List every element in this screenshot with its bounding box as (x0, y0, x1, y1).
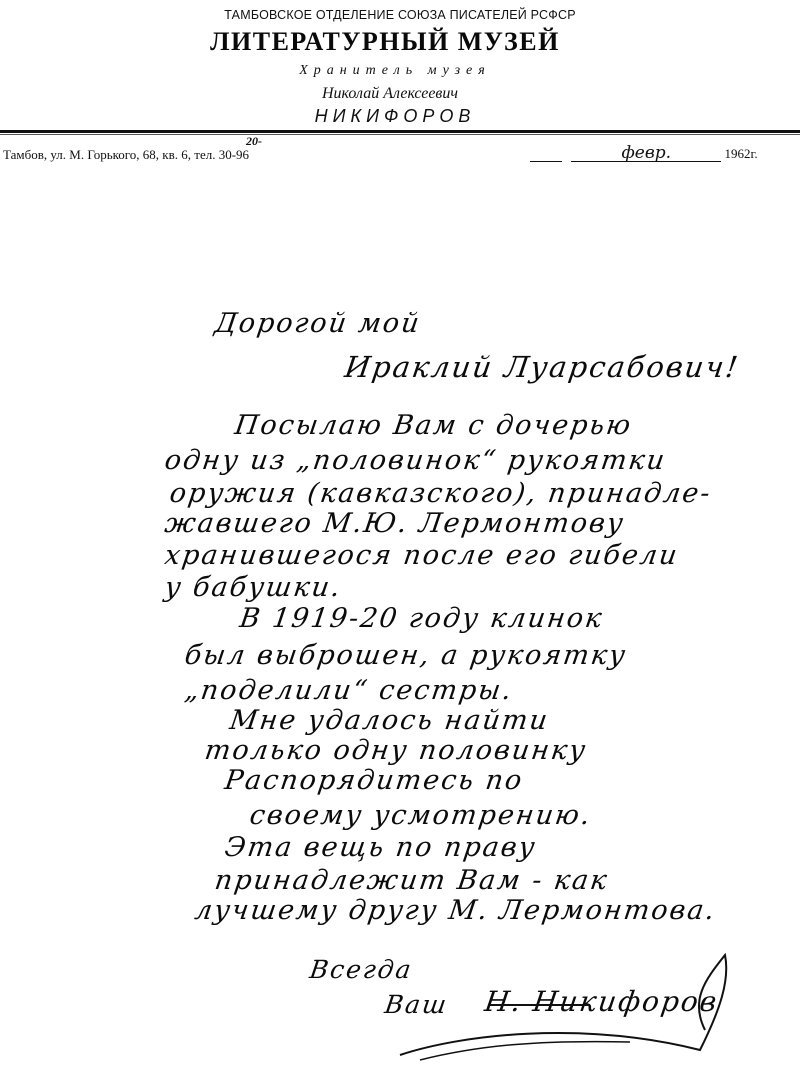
letterhead-divider-thin (0, 134, 800, 135)
date-year: 1962г. (725, 146, 758, 161)
body-line: „поделили“ сестры. (183, 675, 515, 706)
letterhead-divider (0, 130, 800, 133)
date-day-blank (530, 161, 562, 162)
body-line: только одну половинку (203, 735, 589, 766)
body-line: принадлежит Вам - как (213, 865, 611, 896)
salutation-line-1: Дорогой мой (213, 308, 423, 339)
date-month: февр. (571, 145, 721, 162)
body-line: Мне удалось найти (228, 705, 551, 736)
keeper-surname: НИКИФОРОВ (0, 106, 790, 127)
signature-flourish (380, 950, 740, 1070)
body-line: одну из „половинок“ рукоятки (163, 445, 669, 476)
body-line: Эта вещь по праву (223, 832, 539, 863)
museum-title: ЛИТЕРАТУРНЫЙ МУЗЕЙ (0, 27, 770, 57)
keeper-name: Николай Алексеевич (0, 85, 780, 103)
body-line: своему усмотрению. (248, 800, 594, 831)
date-line: февр. 1962г. (530, 145, 758, 162)
body-line: был выброшен, а рукоятку (183, 640, 629, 671)
address-line: Тамбов, ул. М. Горького, 68, кв. 6, тел.… (3, 147, 249, 163)
body-line: хранившегося после его гибели (163, 540, 681, 571)
body-line: лучшему другу М. Лермонтова. (193, 895, 718, 926)
keeper-title: Хранитель музея (0, 63, 790, 79)
body-line: Посылаю Вам с дочерью (233, 410, 634, 441)
organization-name: ТАМБОВСКОЕ ОТДЕЛЕНИЕ СОЮЗА ПИСАТЕЛЕЙ РСФ… (0, 8, 800, 22)
salutation-line-2: Ираклий Луарсабович! (343, 350, 742, 384)
body-line: жавшего М.Ю. Лермонтову (163, 508, 627, 539)
body-line: оружия (кавказского), принадле- (168, 478, 714, 509)
body-line: у бабушки. (163, 572, 344, 603)
body-line: Распорядитесь по (223, 765, 526, 796)
body-line: В 1919-20 году клинок (238, 603, 606, 634)
